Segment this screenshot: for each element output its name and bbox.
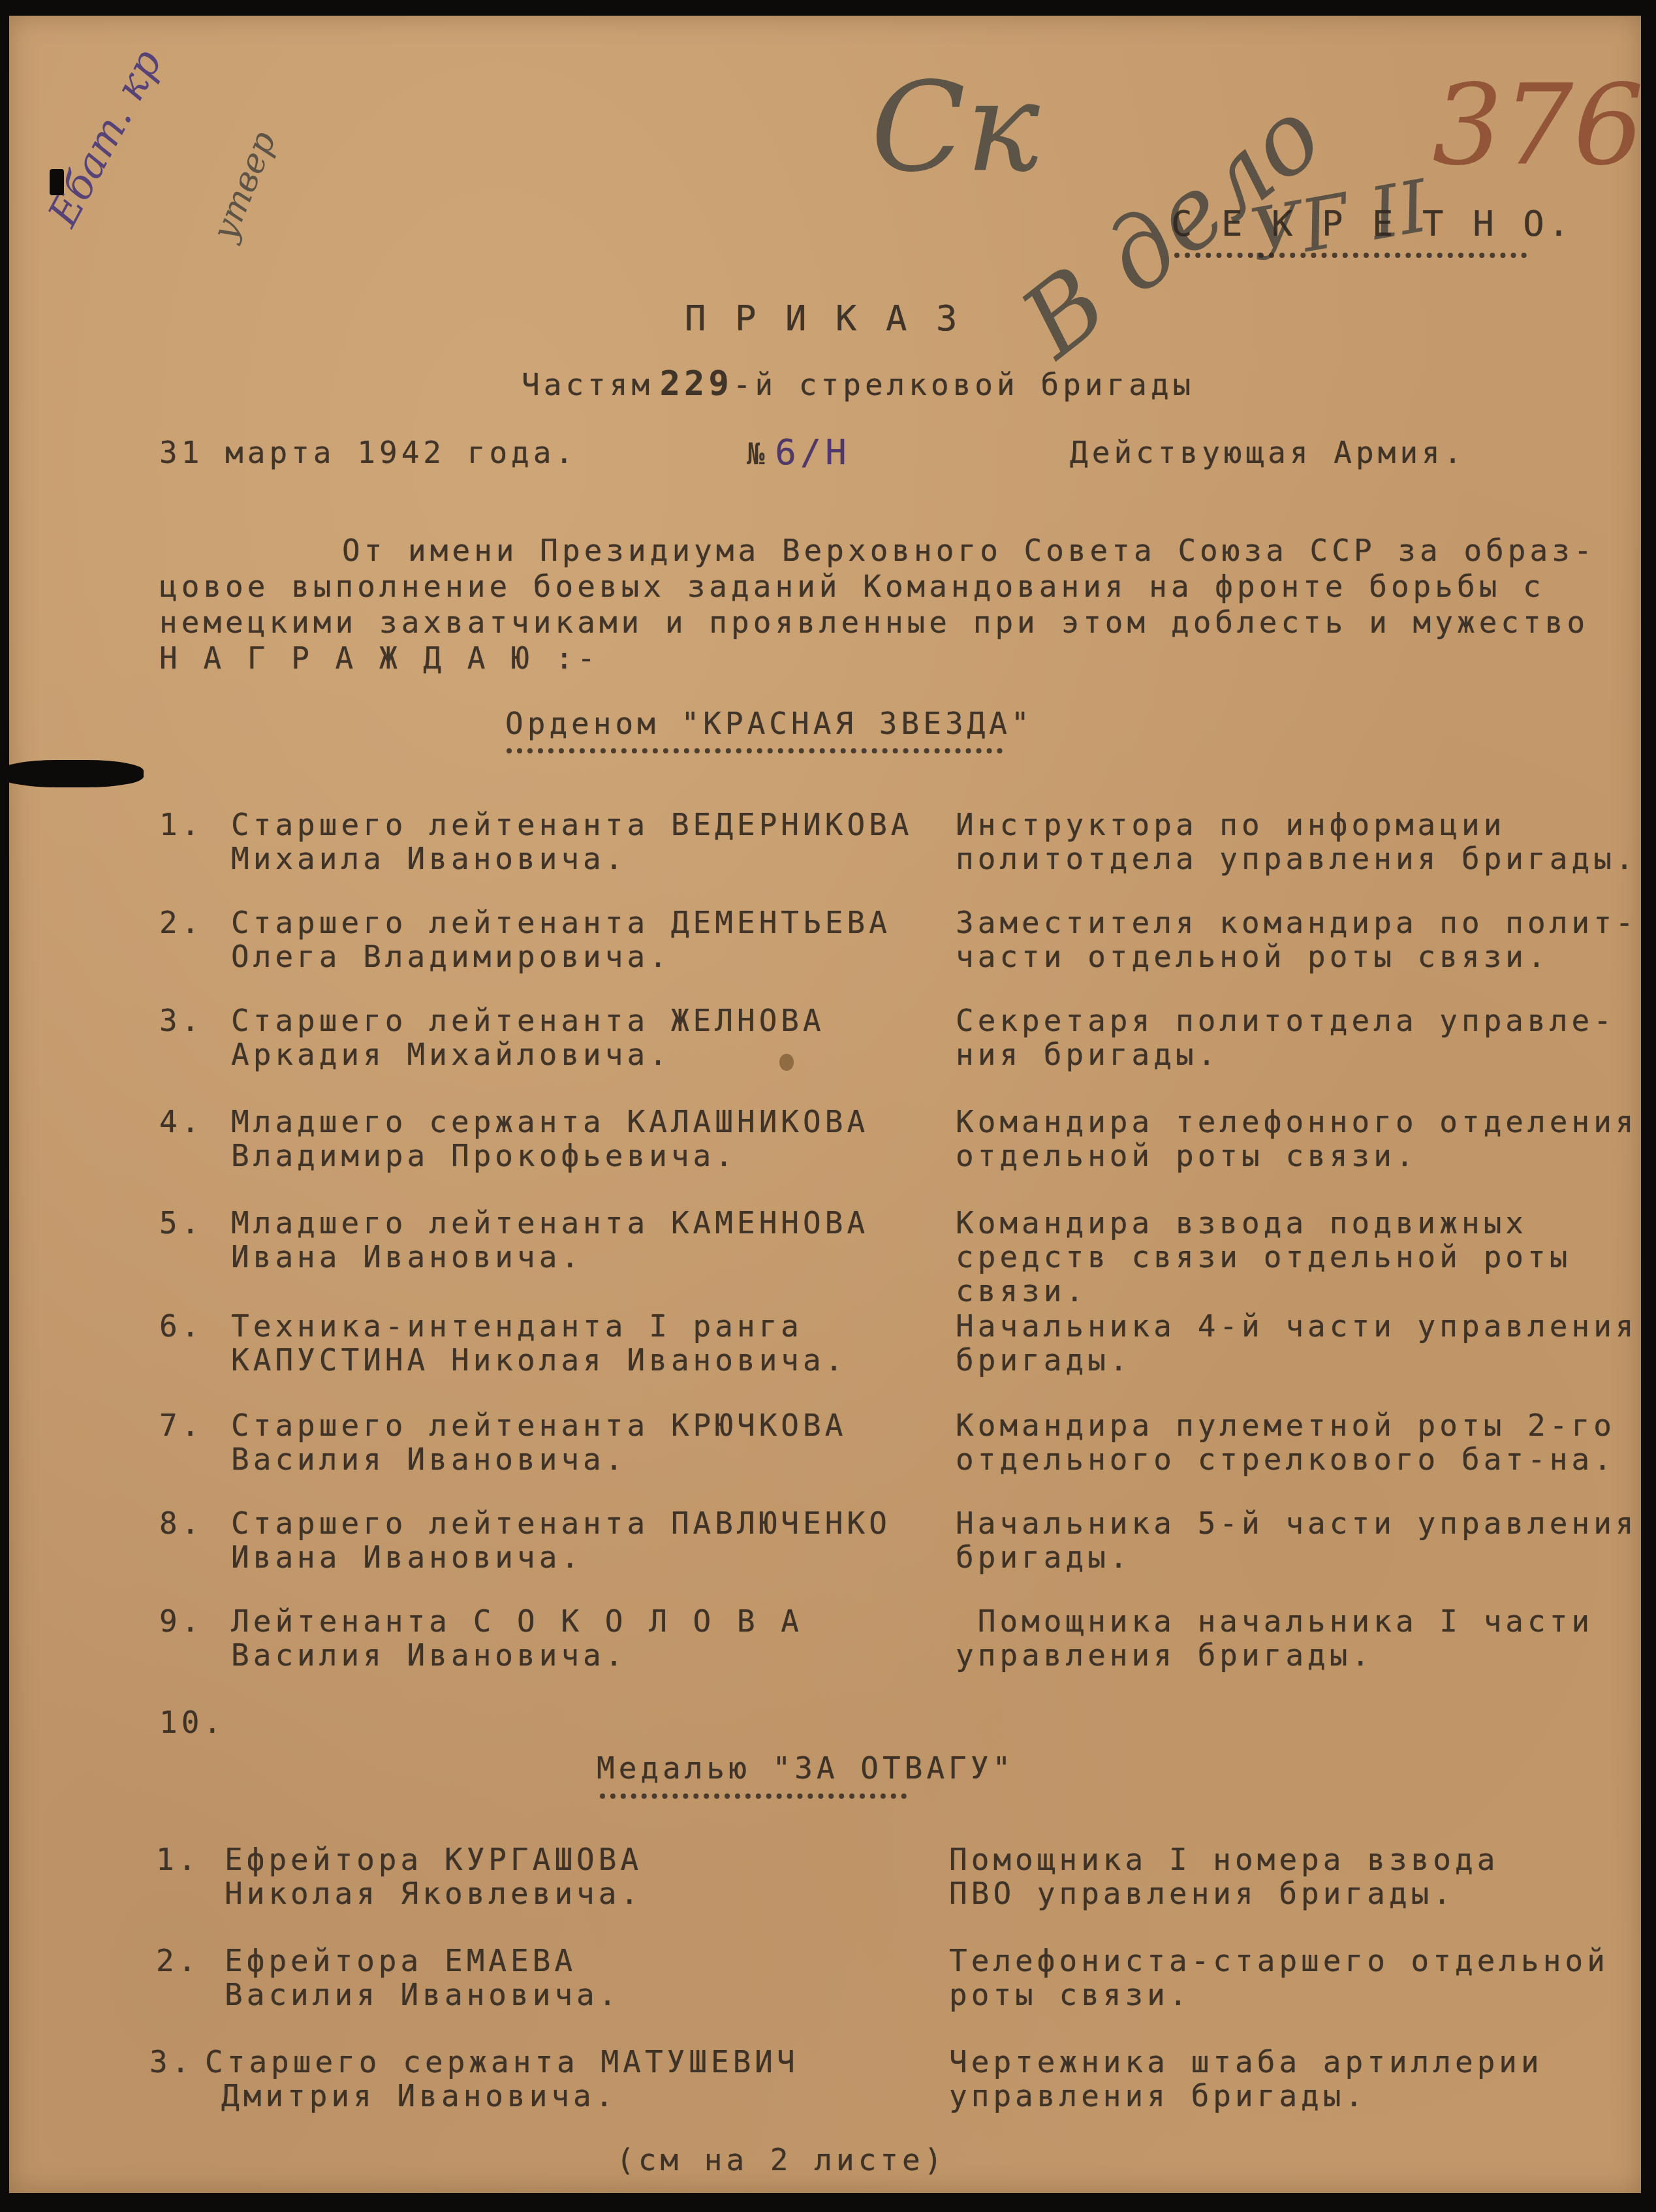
entry-name: Николая Яковлевича.	[225, 1874, 642, 1912]
entry-position-1: Чертежника штаба артиллерии	[949, 2043, 1543, 2081]
entry-name: КАПУСТИНА Николая Ивановича.	[231, 1341, 847, 1379]
preamble-line-2: цовое выполнение боевых заданий Командов…	[159, 567, 1545, 605]
entry-position-1: Начальника 5-й части управления	[956, 1504, 1638, 1542]
entry-position-2: бригады.	[956, 1538, 1132, 1576]
annotation-top-left: Ебат. кр	[39, 42, 171, 234]
section-heading-bravery-medal: Медалью "ЗА ОТВАГУ"	[597, 1749, 1014, 1787]
entry-position-1: Секретаря политотдела управле-	[956, 1002, 1616, 1039]
annotation-initials: Ск	[871, 55, 1040, 199]
entry-rank-surname: Ефрейтора ЕМАЕВА	[225, 1942, 576, 1980]
annotation-page-number: 376	[1432, 61, 1644, 191]
entry-number: 2.	[156, 1942, 200, 1980]
order-number: № 6/Н	[747, 434, 851, 473]
entry-position-2: средств связи отдельной роты	[956, 1238, 1571, 1276]
entry-name: Владимира Прокофьевича.	[231, 1137, 737, 1175]
entry-position-2: ния бригады.	[956, 1035, 1219, 1073]
section-heading-underline	[507, 748, 1003, 753]
entry-name: Аркадия Михайловича.	[231, 1035, 671, 1073]
entry-rank-surname: Старшего лейтенанта ДЕМЕНТЬЕВА	[231, 904, 891, 941]
binder-tear-mark	[0, 760, 144, 787]
entry-position-1: Заместителя командира по полит-	[956, 904, 1638, 941]
entry-position-1: Телефониста-старшего отдельной	[949, 1942, 1609, 1980]
entry-rank-surname: Старшего лейтенанта ПАВЛЮЧЕНКО	[231, 1504, 891, 1542]
continuation-note: (см на 2 листе)	[616, 2141, 946, 2179]
order-date: 31 марта 1942 года.	[159, 434, 577, 471]
entry-position-1: Помощника I номера взвода	[949, 1841, 1499, 1878]
order-subtitle: Частям 229-й стрелковой бригады	[522, 365, 1195, 403]
entry-name: Ивана Ивановича.	[231, 1538, 583, 1576]
entry-position-3: связи.	[956, 1272, 1087, 1310]
preamble-line-1: От имени Президиума Верховного Совета Со…	[342, 531, 1596, 569]
entry-number: 4.	[159, 1103, 203, 1141]
entry-position-1: Командира взвода подвижных	[956, 1204, 1527, 1242]
order-location: Действующая Армия.	[1070, 434, 1466, 471]
entry-number: 7.	[159, 1406, 203, 1444]
document-sheet: Ебат. кр утвер Ск В дело 376 УГ II С Е К…	[9, 16, 1641, 2193]
entry-position-1: Инструктора по информации	[956, 806, 1505, 844]
order-title: П Р И К А З	[685, 300, 961, 338]
entry-position-2: управления бригады.	[949, 2077, 1367, 2115]
entry-position-1: Командира пулеметной роты 2-го	[956, 1406, 1616, 1444]
entry-number: 3.	[149, 2043, 193, 2081]
ink-spot	[779, 1054, 794, 1071]
entry-name: Василия Ивановича.	[231, 1636, 627, 1674]
entry-number: 3.	[159, 1002, 203, 1039]
entry-position-2: части отдельной роты связи.	[956, 938, 1550, 975]
binder-hole-mark	[50, 169, 64, 195]
entry-position-2: политотдела управления бригады.	[956, 840, 1638, 877]
entry-rank-surname: Старшего лейтенанта ЖЕЛНОВА	[231, 1002, 825, 1039]
entry-rank-surname: Лейтенанта С О К О Л О В А	[231, 1602, 803, 1640]
entry-name: Михаила Ивановича.	[231, 840, 627, 877]
entry-number: 8.	[159, 1504, 203, 1542]
entry-rank-surname: Старшего лейтенанта ВЕДЕРНИКОВА	[231, 806, 913, 844]
entry-number: 9.	[159, 1602, 203, 1640]
entry-name: Дмитрия Ивановича.	[221, 2077, 617, 2115]
entry-position-2: ПВО управления бригады.	[949, 1874, 1455, 1912]
classification-underline	[1174, 253, 1527, 258]
entry-rank-surname: Техника-интенданта I ранга	[231, 1307, 803, 1345]
entry-position-1: Начальника 4-й части управления	[956, 1307, 1638, 1345]
entry-position-2: отдельной роты связи.	[956, 1137, 1418, 1175]
entry-rank-surname: Старшего сержанта МАТУШЕВИЧ	[205, 2043, 799, 2081]
entry-rank-surname: Старшего лейтенанта КРЮЧКОВА	[231, 1406, 847, 1444]
entry-name: Олега Владимировича.	[231, 938, 671, 975]
subtitle-prefix: Частям	[522, 367, 653, 402]
entry-position-2: отдельного стрелкового бат-на.	[956, 1440, 1616, 1478]
entry-name: Василия Ивановича.	[231, 1440, 627, 1478]
entry-position-1: Командира телефонного отделения	[956, 1103, 1638, 1141]
preamble-line-3: немецкими захватчиками и проявленные при…	[159, 603, 1589, 641]
entry-position-2: роты связи.	[949, 1976, 1191, 2014]
entry-name: Василия Ивановича.	[225, 1976, 621, 2014]
entry-rank-surname: Младшего сержанта КАЛАШНИКОВА	[231, 1103, 869, 1141]
entry-rank-surname: Младшего лейтенанта КАМЕННОВА	[231, 1204, 869, 1242]
order-number-sign: №	[747, 436, 769, 471]
entry-position-1: Помощника начальника I части	[956, 1602, 1593, 1640]
entry-position-2: бригады.	[956, 1341, 1132, 1379]
entry-number: 5.	[159, 1204, 203, 1242]
entry-number: 6.	[159, 1307, 203, 1345]
entry-number: 1.	[156, 1841, 200, 1878]
subtitle-suffix: -й стрелковой бригады	[733, 367, 1195, 402]
entry-number: 10.	[159, 1703, 225, 1741]
award-verb: Н А Г Р А Ж Д А Ю :-	[159, 639, 599, 677]
entry-number: 2.	[159, 904, 203, 941]
classification-stamp: С Е К Р Е Т Н О.	[1171, 205, 1573, 243]
annotation-approval: утвер	[205, 126, 284, 246]
section-heading-red-star: Орденом "КРАСНАЯ ЗВЕЗДА"	[505, 704, 1033, 742]
entry-position-2: управления бригады.	[956, 1636, 1373, 1674]
brigade-number: 229	[660, 364, 733, 403]
section-heading-underline	[600, 1793, 907, 1799]
order-number-value: 6/Н	[775, 432, 851, 473]
entry-name: Ивана Ивановича.	[231, 1238, 583, 1276]
entry-rank-surname: Ефрейтора КУРГАШОВА	[225, 1841, 642, 1878]
entry-number: 1.	[159, 806, 203, 844]
